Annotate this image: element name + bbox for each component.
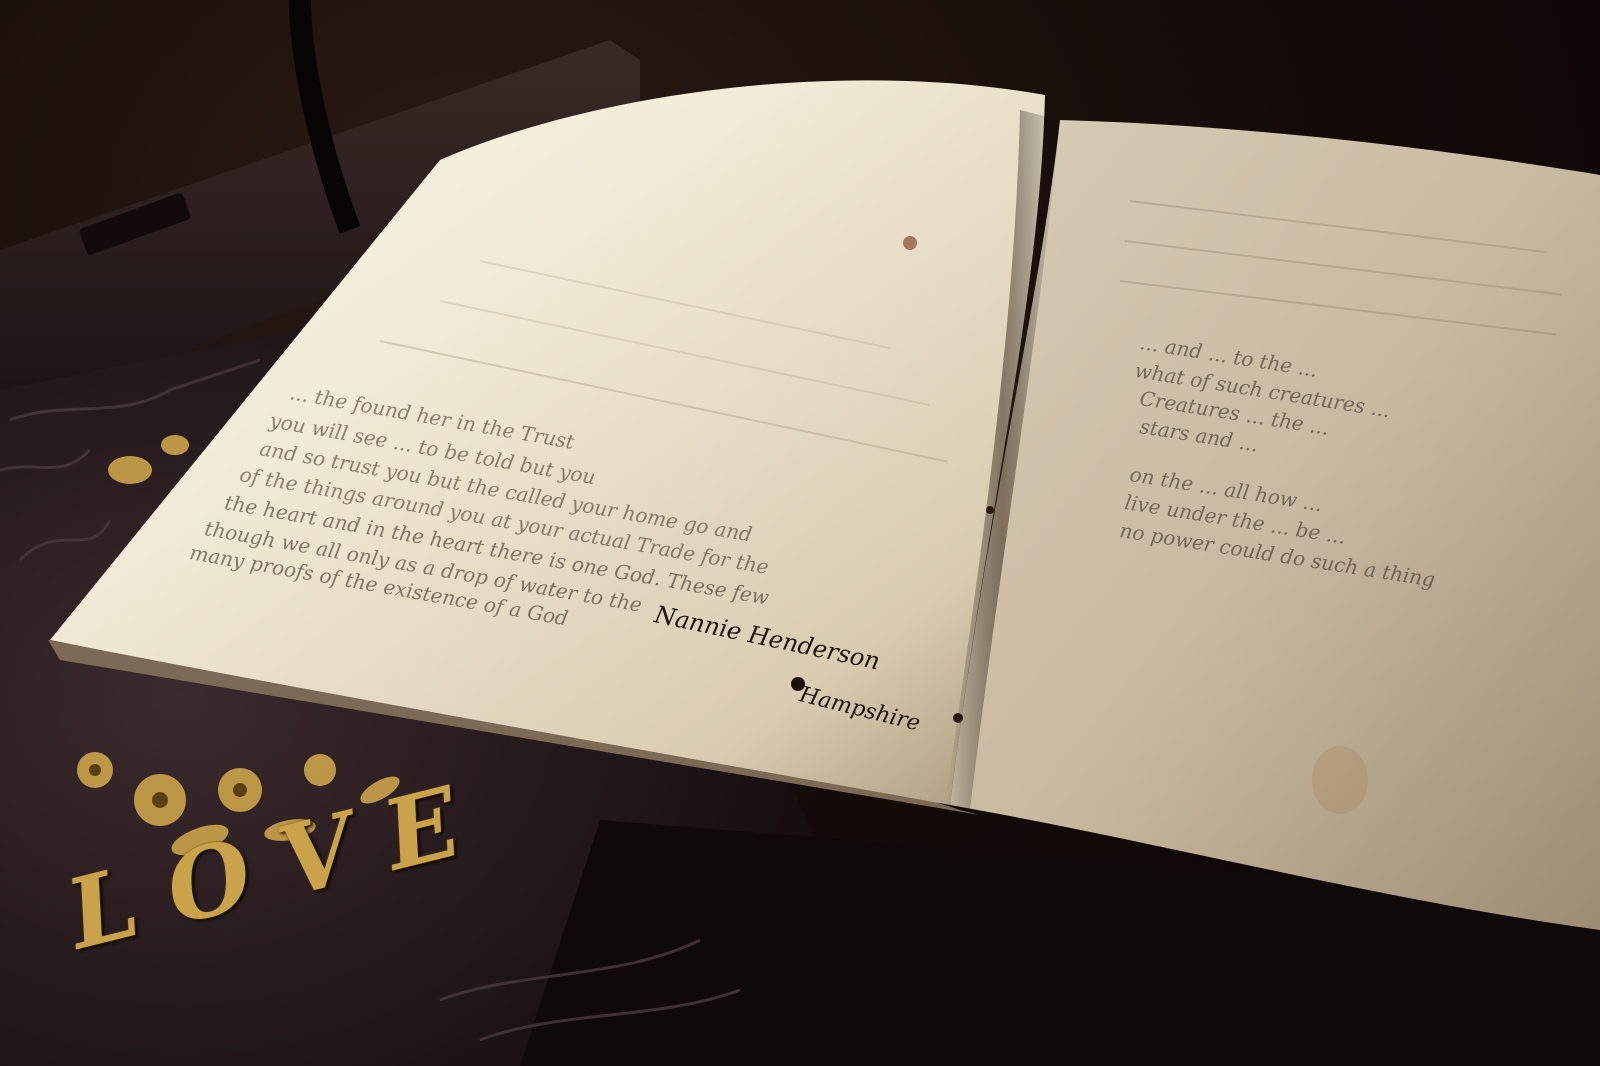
photo-scene: ... the found her in the Trust you will … [0,0,1600,1066]
foxing-stain [1312,746,1368,814]
stitch-hole [986,506,994,514]
stitch-hole [953,713,963,723]
ink-stain [903,236,917,250]
